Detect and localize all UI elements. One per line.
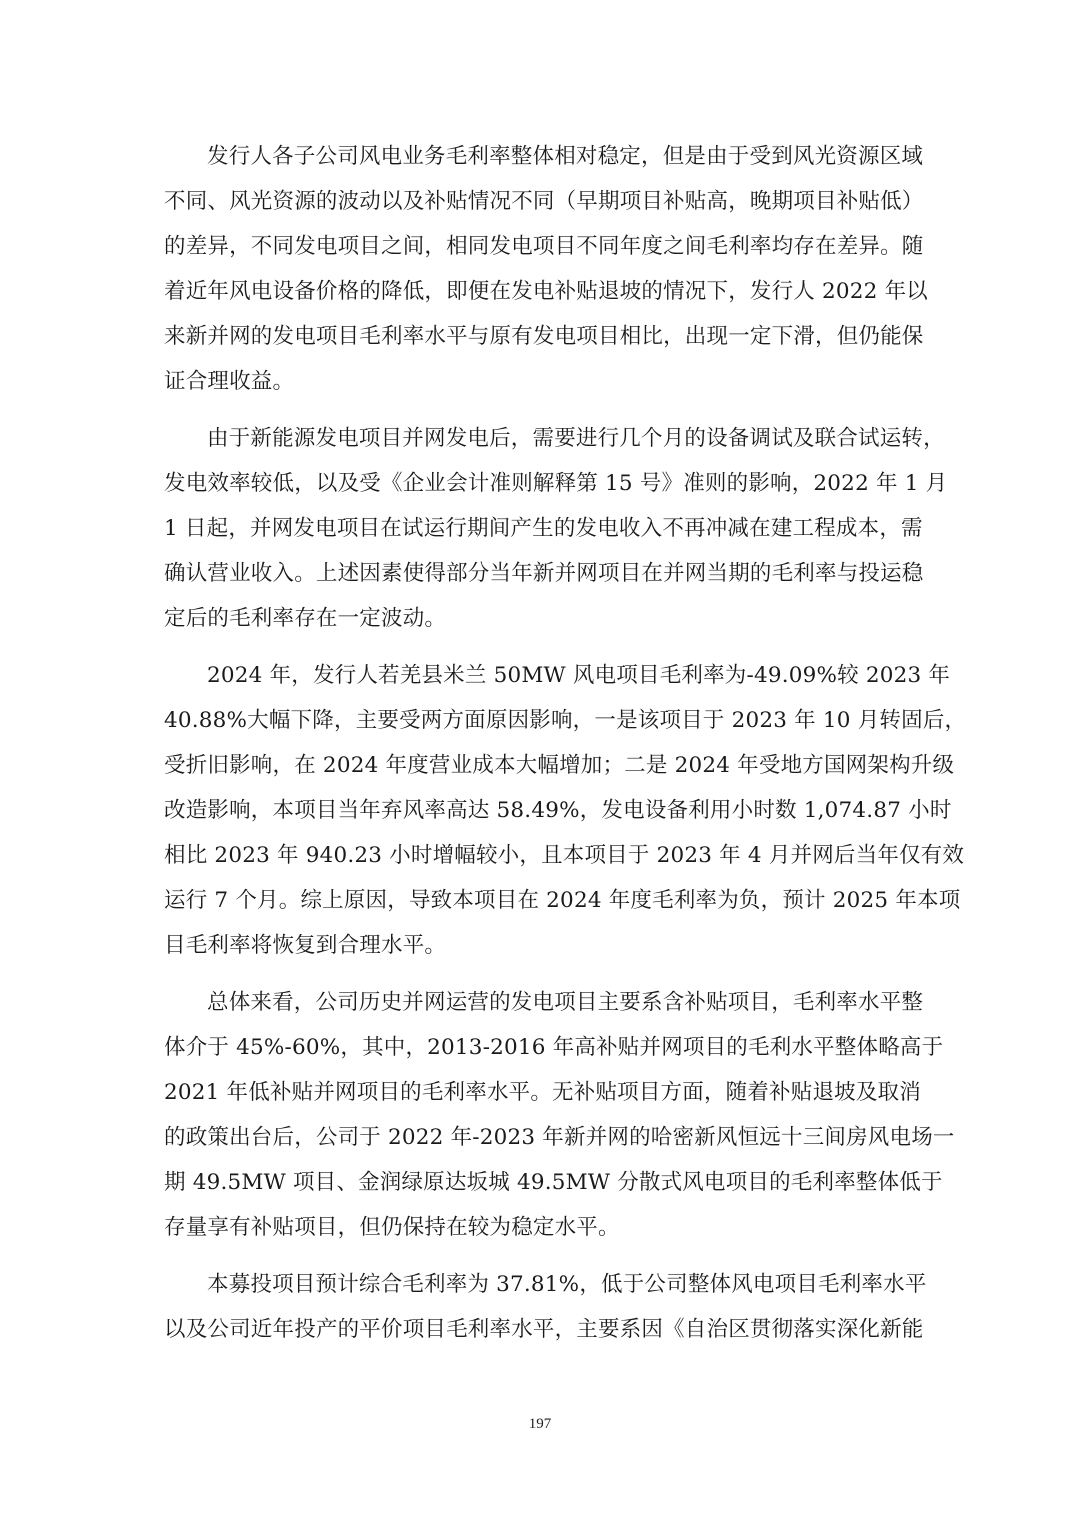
text-line: 改造影响，本项目当年弃风率高达 58.49%，发电设备利用小时数 1,074.8… [164, 788, 920, 833]
text-line: 运行 7 个月。综上原因，导致本项目在 2024 年度毛利率为负，预计 2025… [164, 878, 920, 923]
text-line: 2024 年，发行人若羌县米兰 50MW 风电项目毛利率为-49.09%较 20… [164, 653, 920, 698]
text-line: 受折旧影响，在 2024 年度营业成本大幅增加；二是 2024 年受地方国网架构… [164, 743, 920, 788]
text-line: 存量享有补贴项目，但仍保持在较为稳定水平。 [164, 1205, 920, 1250]
text-line: 2021 年低补贴并网项目的毛利率水平。无补贴项目方面，随着补贴退坡及取消 [164, 1070, 920, 1115]
paragraph-3: 2024 年，发行人若羌县米兰 50MW 风电项目毛利率为-49.09%较 20… [164, 653, 920, 968]
text-line: 证合理收益。 [164, 359, 920, 404]
text-line: 相比 2023 年 940.23 小时增幅较小，且本项目于 2023 年 4 月… [164, 833, 920, 878]
paragraph-4: 总体来看，公司历史并网运营的发电项目主要系含补贴项目，毛利率水平整 体介于 45… [164, 980, 920, 1250]
text-line: 不同、风光资源的波动以及补贴情况不同（早期项目补贴高，晚期项目补贴低） [164, 179, 920, 224]
text-line: 的差异，不同发电项目之间，相同发电项目不同年度之间毛利率均存在差异。随 [164, 224, 920, 269]
text-line: 体介于 45%-60%，其中，2013-2016 年高补贴并网项目的毛利水平整体… [164, 1025, 920, 1070]
text-line: 本募投项目预计综合毛利率为 37.81%，低于公司整体风电项目毛利率水平 [164, 1262, 920, 1307]
text-line: 的政策出台后，公司于 2022 年-2023 年新并网的哈密新风恒远十三间房风电… [164, 1115, 920, 1160]
text-line: 来新并网的发电项目毛利率水平与原有发电项目相比，出现一定下滑，但仍能保 [164, 314, 920, 359]
text-line: 确认营业收入。上述因素使得部分当年新并网项目在并网当期的毛利率与投运稳 [164, 551, 920, 596]
document-page: 发行人各子公司风电业务毛利率整体相对稳定，但是由于受到风光资源区域 不同、风光资… [164, 134, 920, 1364]
text-line: 40.88%大幅下降，主要受两方面原因影响，一是该项目于 2023 年 10 月… [164, 698, 920, 743]
text-line: 1 日起，并网发电项目在试运行期间产生的发电收入不再冲减在建工程成本，需 [164, 506, 920, 551]
text-line: 发行人各子公司风电业务毛利率整体相对稳定，但是由于受到风光资源区域 [164, 134, 920, 179]
text-line: 发电效率较低，以及受《企业会计准则解释第 15 号》准则的影响，2022 年 1… [164, 461, 920, 506]
text-line: 期 49.5MW 项目、金润绿原达坂城 49.5MW 分散式风电项目的毛利率整体… [164, 1160, 920, 1205]
paragraph-5: 本募投项目预计综合毛利率为 37.81%，低于公司整体风电项目毛利率水平 以及公… [164, 1262, 920, 1352]
text-line: 着近年风电设备价格的降低，即便在发电补贴退坡的情况下，发行人 2022 年以 [164, 269, 920, 314]
text-line: 目毛利率将恢复到合理水平。 [164, 923, 920, 968]
paragraph-2: 由于新能源发电项目并网发电后，需要进行几个月的设备调试及联合试运转， 发电效率较… [164, 416, 920, 641]
paragraph-1: 发行人各子公司风电业务毛利率整体相对稳定，但是由于受到风光资源区域 不同、风光资… [164, 134, 920, 404]
page-number: 197 [0, 1416, 1080, 1433]
text-line: 以及公司近年投产的平价项目毛利率水平，主要系因《自治区贯彻落实深化新能 [164, 1307, 920, 1352]
text-line: 总体来看，公司历史并网运营的发电项目主要系含补贴项目，毛利率水平整 [164, 980, 920, 1025]
text-line: 由于新能源发电项目并网发电后，需要进行几个月的设备调试及联合试运转， [164, 416, 920, 461]
text-line: 定后的毛利率存在一定波动。 [164, 596, 920, 641]
